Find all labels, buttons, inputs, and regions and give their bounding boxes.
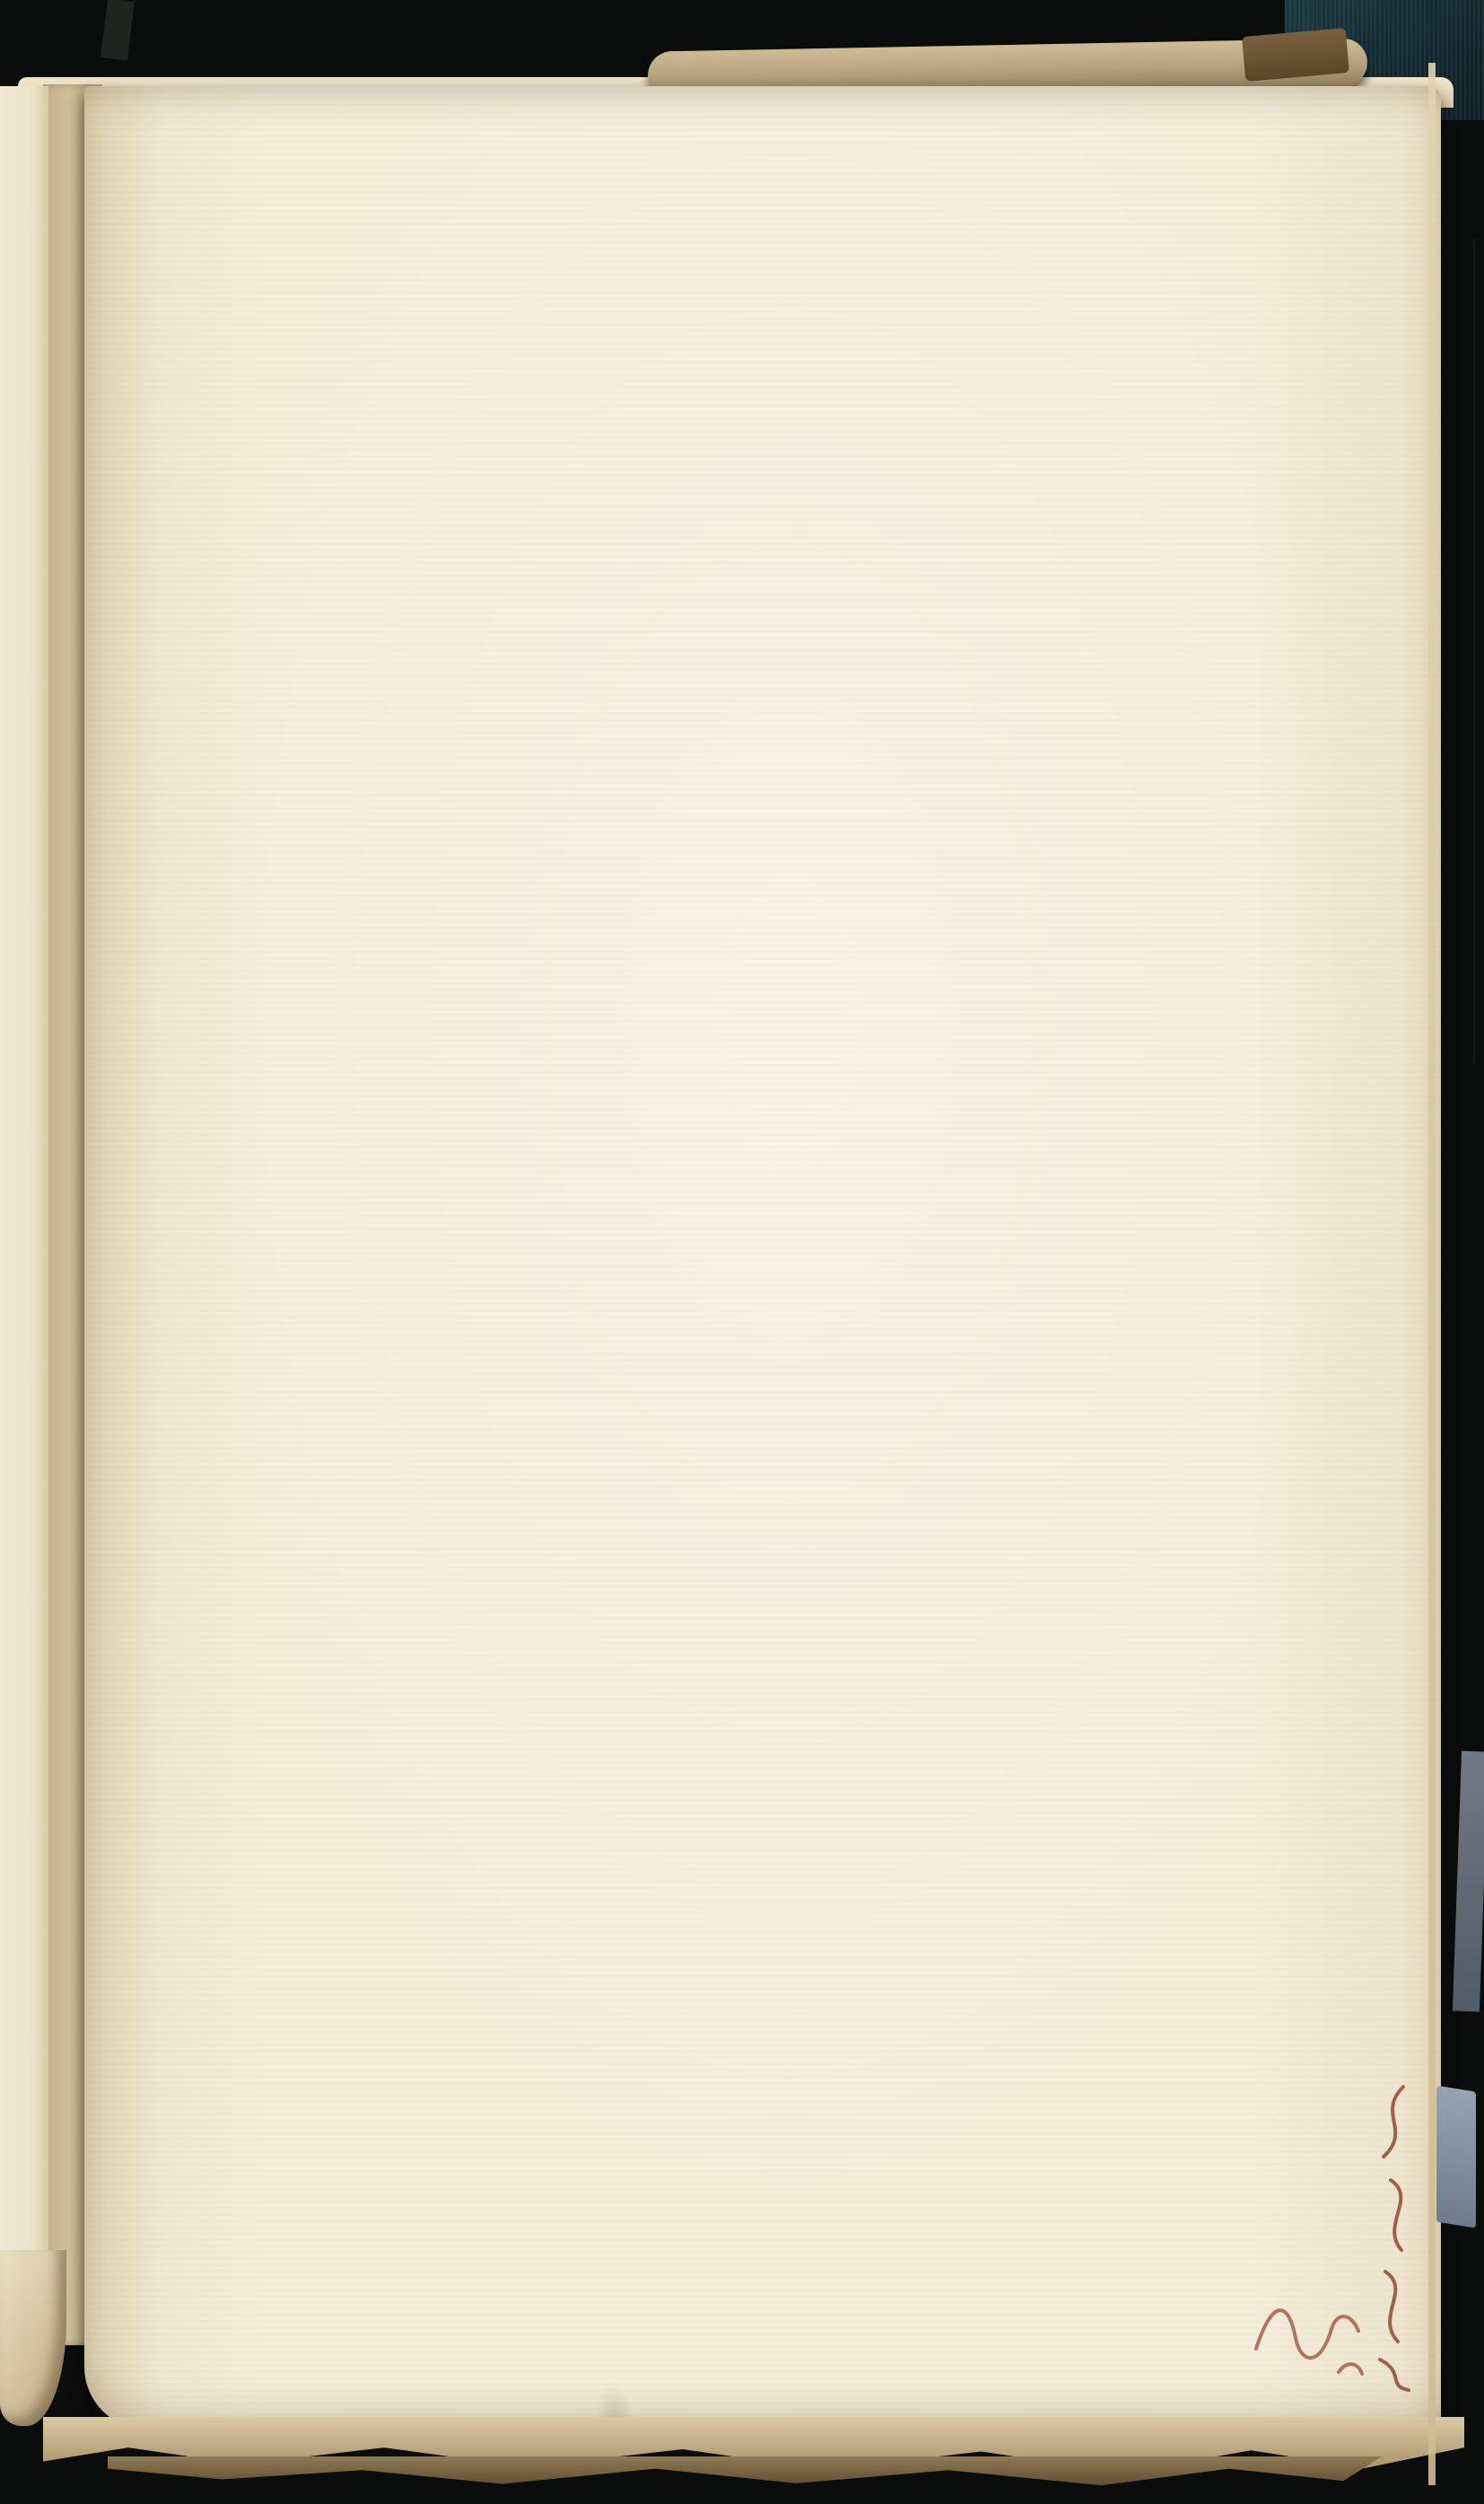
- torn-paper-scrap: [1242, 28, 1349, 82]
- blue-ribbon: [1436, 2086, 1476, 2229]
- under-pages-dark-edge: [108, 2456, 1382, 2487]
- body-text: [433, 447, 1347, 450]
- previous-page-sliver: [0, 86, 48, 2313]
- curled-page-corner: [0, 2250, 66, 2426]
- document-page: [84, 86, 1441, 2430]
- handwriting-marks-bottom: [1249, 2273, 1366, 2390]
- handwriting-marks-edge: [1360, 2080, 1432, 2394]
- background-beam: [100, 0, 135, 61]
- book-scan: [0, 0, 1484, 2504]
